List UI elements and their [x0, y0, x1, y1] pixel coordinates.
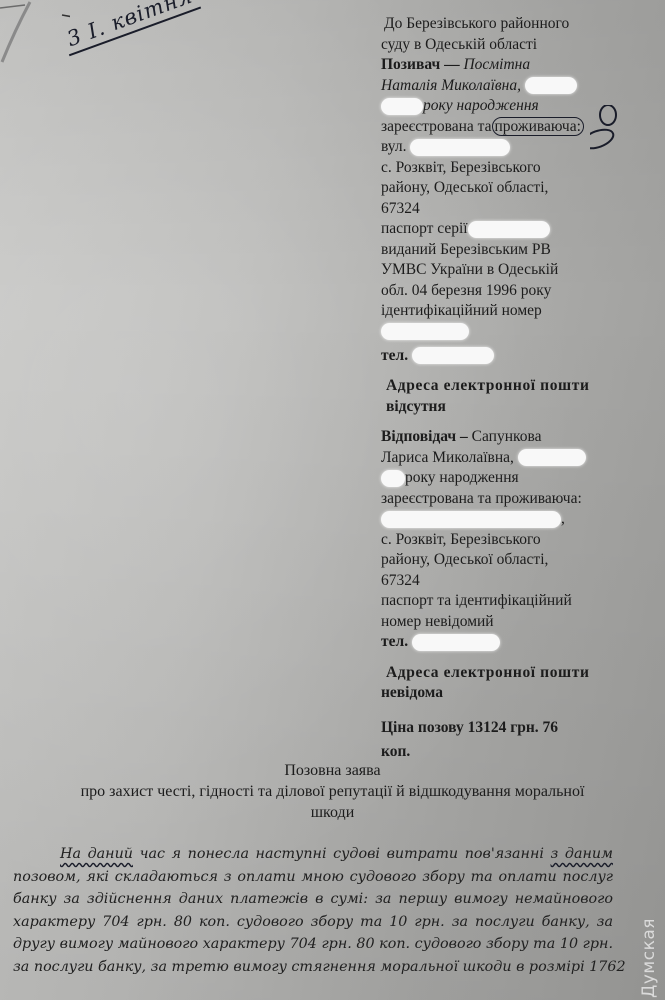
defendant-address-line: ,: [381, 509, 651, 530]
defendant-tel-line: тел.: [381, 632, 651, 653]
plaintiff-line: Позивач — Посмітна: [381, 55, 651, 76]
defendant-registered: зареєстрована та проживаюча:: [381, 489, 651, 510]
defendant-email-label: Адреса електронної пошти: [381, 663, 651, 684]
defendant-line: Відповідач – Сапункова: [381, 427, 651, 448]
plaintiff-issued-1: виданий Березівським РВ: [381, 240, 651, 261]
watermark-logo: Думская: [639, 918, 659, 998]
body-line-6: за послуги банку, за третю вимогу стягне…: [13, 956, 613, 979]
claim-price: Ціна позову 13124 грн. 76: [381, 718, 651, 739]
redacted-field: [410, 139, 510, 156]
title-line-2: про захист честі, гідності та ділової ре…: [0, 781, 665, 802]
circled-word: проживаюча:: [492, 117, 584, 136]
redacted-field: [381, 511, 561, 528]
plaintiff-issued-2: УМВС України в Одеській: [381, 260, 651, 281]
body-line-1: На даний час я понесла наступні судові в…: [13, 843, 613, 866]
redacted-field: [412, 634, 500, 651]
redacted-field: [525, 77, 577, 94]
court-line-2: суду в Одеській області: [381, 35, 651, 56]
plaintiff-tel-line: тел.: [381, 346, 651, 367]
plaintiff-email-label: Адреса електронної пошти: [381, 376, 651, 397]
defendant-passport-2: номер невідомий: [381, 612, 651, 633]
defendant-zip: 67324: [381, 571, 651, 592]
defendant-email-value: невідома: [381, 683, 651, 704]
plaintiff-village: с. Розквіт, Березівського: [381, 158, 651, 179]
body-line-4: характеру 704 грн. 80 коп. судового збор…: [13, 911, 613, 934]
redacted-field: [381, 323, 469, 340]
plaintiff-label: Позивач —: [381, 56, 460, 73]
defendant-passport-1: паспорт та ідентифікаційний: [381, 591, 651, 612]
plaintiff-id-value: [381, 322, 651, 344]
body-line-2: позовом, які складаються з оплати мною с…: [13, 866, 613, 889]
defendant-birth-line: року народження: [381, 468, 651, 489]
document-title: Позовна заява про захист честі, гідності…: [0, 760, 665, 823]
plaintiff-email-value: відсутня: [381, 397, 651, 418]
redacted-field: [381, 470, 405, 487]
plaintiff-id-label: ідентифікаційний номер: [381, 301, 651, 322]
title-line-1: Позовна заява: [0, 760, 665, 781]
redacted-field: [412, 347, 494, 364]
hand-drawn-circle-marks: [590, 105, 650, 155]
plaintiff-passport-line: паспорт серії: [381, 219, 651, 240]
body-line-3: банку за здійснення даних платежів в сум…: [13, 888, 613, 911]
redacted-field: [518, 449, 586, 466]
title-line-3: шкоди: [0, 802, 665, 823]
defendant-name-line: Лариса Миколаївна,: [381, 448, 651, 469]
court-line-1: До Березівського районного: [381, 14, 651, 35]
body-paragraph: На даний час я понесла наступні судові в…: [13, 843, 613, 978]
redacted-field: [381, 98, 423, 115]
plaintiff-district: району, Одеської області,: [381, 178, 651, 199]
body-line-5: другу вимогу майнового характеру 704 грн…: [13, 933, 613, 956]
defendant-district: району, Одеської області,: [381, 550, 651, 571]
defendant-village: с. Розквіт, Березівського: [381, 530, 651, 551]
plaintiff-name-line: Наталія Миколаївна,: [381, 76, 651, 97]
plaintiff-zip: 67324: [381, 199, 651, 220]
folded-corner-marks: [0, 0, 70, 70]
handwritten-date-note: 3 I. квітня 1430: [60, 0, 283, 53]
handwritten-date: 3 I. квітня: [60, 0, 201, 56]
redacted-field: [468, 221, 550, 238]
plaintiff-issued-3: обл. 04 березня 1996 року: [381, 281, 651, 302]
